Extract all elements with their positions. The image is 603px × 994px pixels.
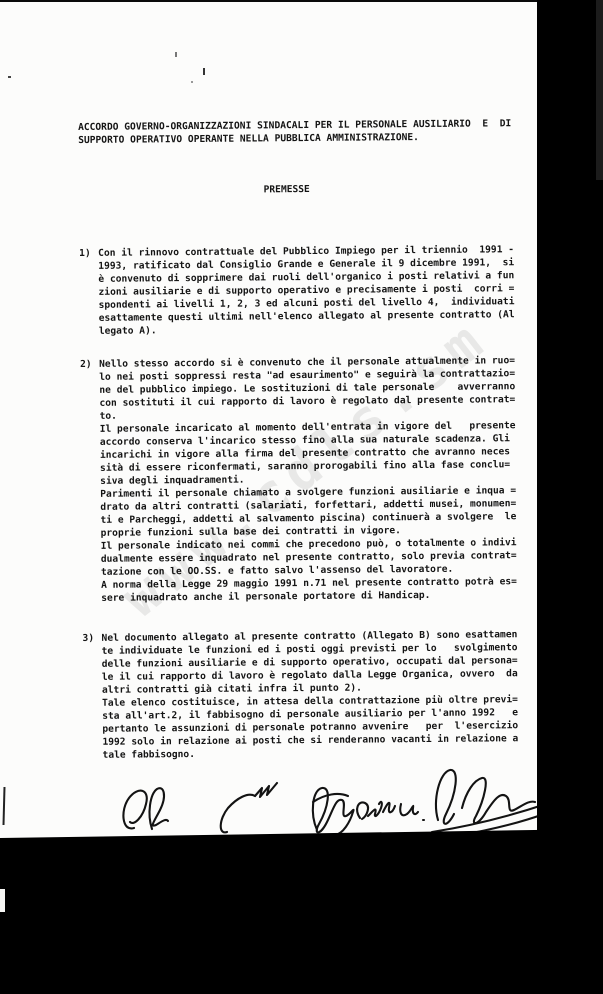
paragraph-3-text: Nel documento allegato al presente contr…: [101, 628, 518, 762]
premesse-heading: PREMESSE: [79, 181, 535, 198]
scan-speck: [8, 76, 11, 78]
scan-speck: [191, 81, 193, 83]
signatures-row: [70, 754, 552, 840]
scan-speck: [203, 68, 205, 75]
document-text: ACCORDO GOVERNO-ORGANIZZAZIONI SINDACALI…: [78, 117, 540, 762]
pen-stroke-mark: [3, 787, 6, 825]
paragraph-1-number: 1): [79, 247, 99, 338]
scan-border-bottom: [0, 826, 603, 994]
document-page: www.cdls.sm ACCORDO GOVERNO-ORGANIZZAZIO…: [0, 0, 603, 845]
scan-edge-notch: [0, 889, 5, 912]
scan-border-right-edge: [596, 0, 603, 180]
paragraph-3: 3) Nel documento allegato al presente co…: [82, 628, 539, 762]
signature-1-icon: [123, 788, 168, 829]
scan-speck: [175, 52, 177, 57]
signature-4-icon: [357, 802, 424, 820]
scanned-document: www.cdls.sm ACCORDO GOVERNO-ORGANIZZAZIO…: [0, 0, 603, 994]
signature-2-icon: [221, 783, 277, 832]
paragraph-3-number: 3): [82, 632, 102, 762]
paragraph-2-number: 2): [80, 358, 101, 605]
document-title: ACCORDO GOVERNO-ORGANIZZAZIONI SINDACALI…: [78, 117, 534, 147]
paragraph-1: 1) Con il rinnovo contrattuale del Pubbl…: [79, 243, 536, 338]
paragraph-2: 2) Nello stesso accordo si è convenuto c…: [80, 354, 538, 605]
paragraph-2-text: Nello stesso accordo si è convenuto che …: [99, 354, 517, 605]
scan-border-right: [537, 0, 603, 842]
signature-3-icon: [313, 788, 354, 835]
paragraph-1-text: Con il rinnovo contrattuale del Pubblico…: [98, 243, 515, 338]
scan-border-top: [0, 0, 603, 2]
signature-5-icon: [432, 770, 546, 836]
